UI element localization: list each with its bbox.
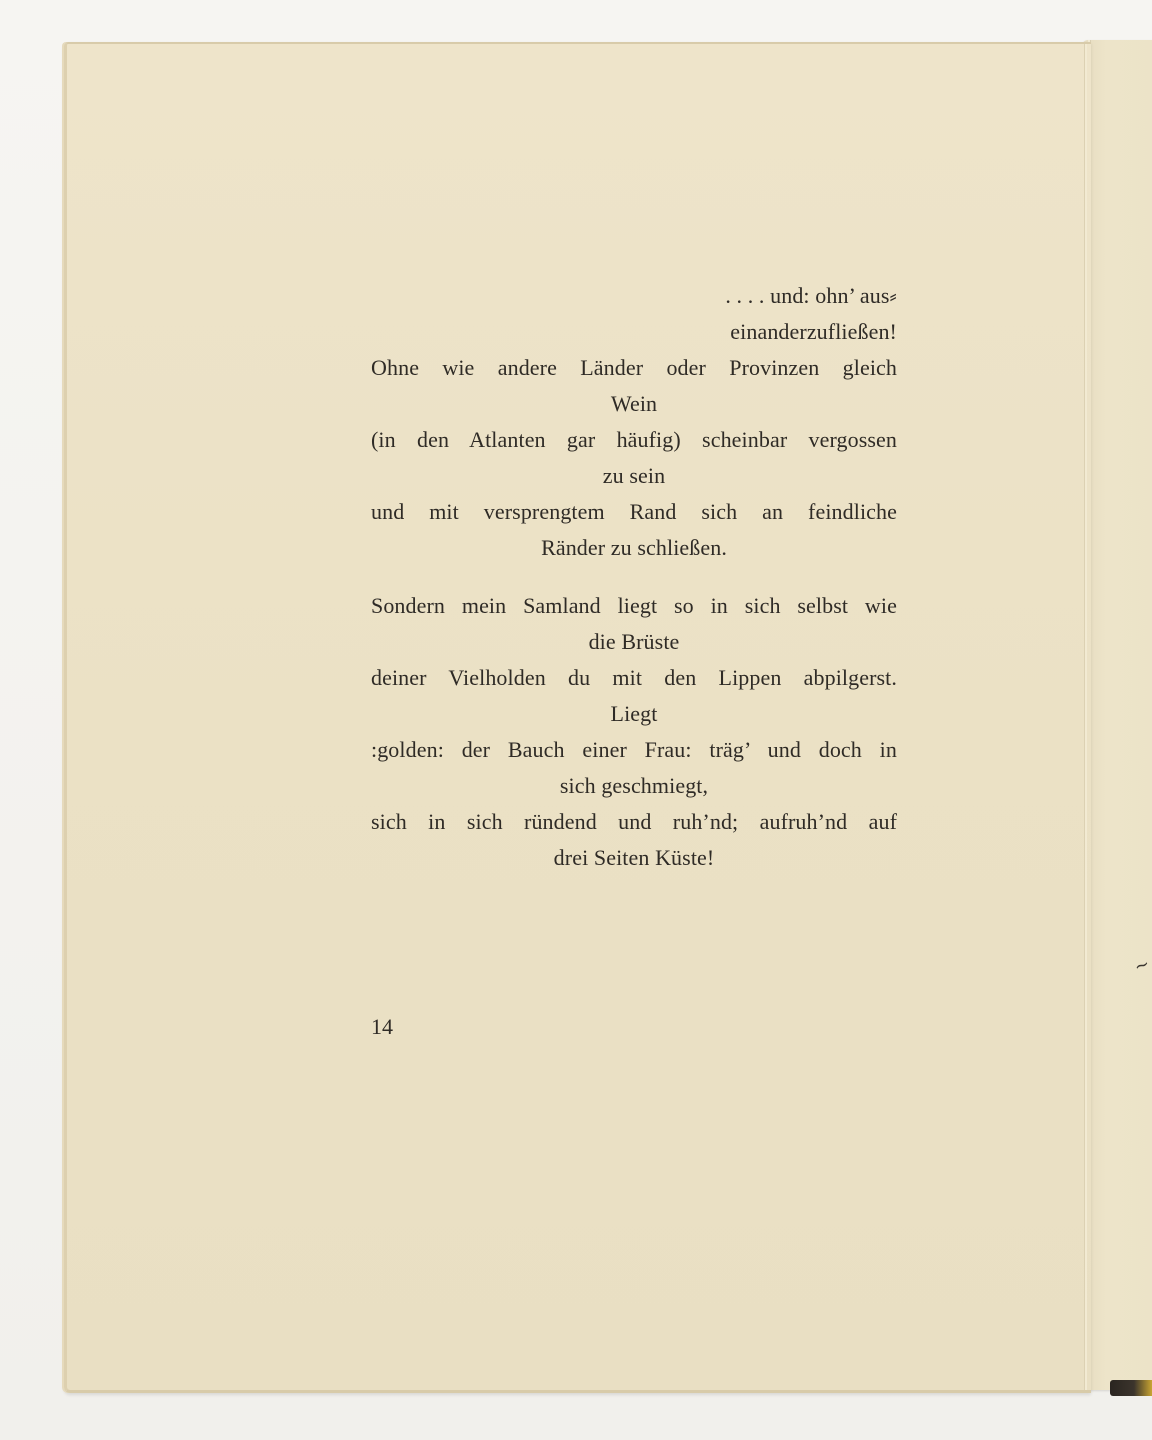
poem-line: :golden: der Bauch einer Frau: träg’ und…: [371, 732, 897, 768]
stanza-2: Sondern mein Samland liegt so in sich se…: [371, 588, 897, 876]
next-page-edge: ∼: [1082, 40, 1152, 1390]
poem-line: Liegt: [371, 696, 897, 732]
book-page: . . . . und: ohn’ aus⸗ einanderzufließen…: [64, 42, 1091, 1393]
poem-line: (in den Atlanten gar häufig) scheinbar v…: [371, 422, 897, 458]
poem-line: einanderzufließen!: [371, 314, 897, 350]
poem-line: deiner Vielholden du mit den Lippen abpi…: [371, 660, 897, 696]
poem-line: drei Seiten Küste!: [371, 840, 897, 876]
poem-line: und mit versprengtem Rand sich an feindl…: [371, 494, 897, 530]
poem-line: . . . . und: ohn’ aus⸗: [371, 278, 897, 314]
ink-smudge-icon: ∼: [1132, 952, 1152, 976]
stanza-1: . . . . und: ohn’ aus⸗ einanderzufließen…: [371, 278, 897, 566]
poem-line: Ohne wie andere Länder oder Provinzen gl…: [371, 350, 897, 386]
poem-line: zu sein: [371, 458, 897, 494]
poem-text: . . . . und: ohn’ aus⸗ einanderzufließen…: [371, 278, 897, 876]
poem-line: die Brüste: [371, 624, 897, 660]
poem-line: sich geschmiegt,: [371, 768, 897, 804]
cover-edge-stain: [1110, 1380, 1152, 1396]
poem-line: Sondern mein Samland liegt so in sich se…: [371, 588, 897, 624]
poem-line: Ränder zu schließen.: [371, 530, 897, 566]
stanza-gap: [371, 566, 897, 588]
page-gutter: [1084, 44, 1087, 1390]
poem-line: Wein: [371, 386, 897, 422]
page-number: 14: [371, 1012, 393, 1042]
poem-line: sich in sich ründend und ruh’nd; aufruh’…: [371, 804, 897, 840]
